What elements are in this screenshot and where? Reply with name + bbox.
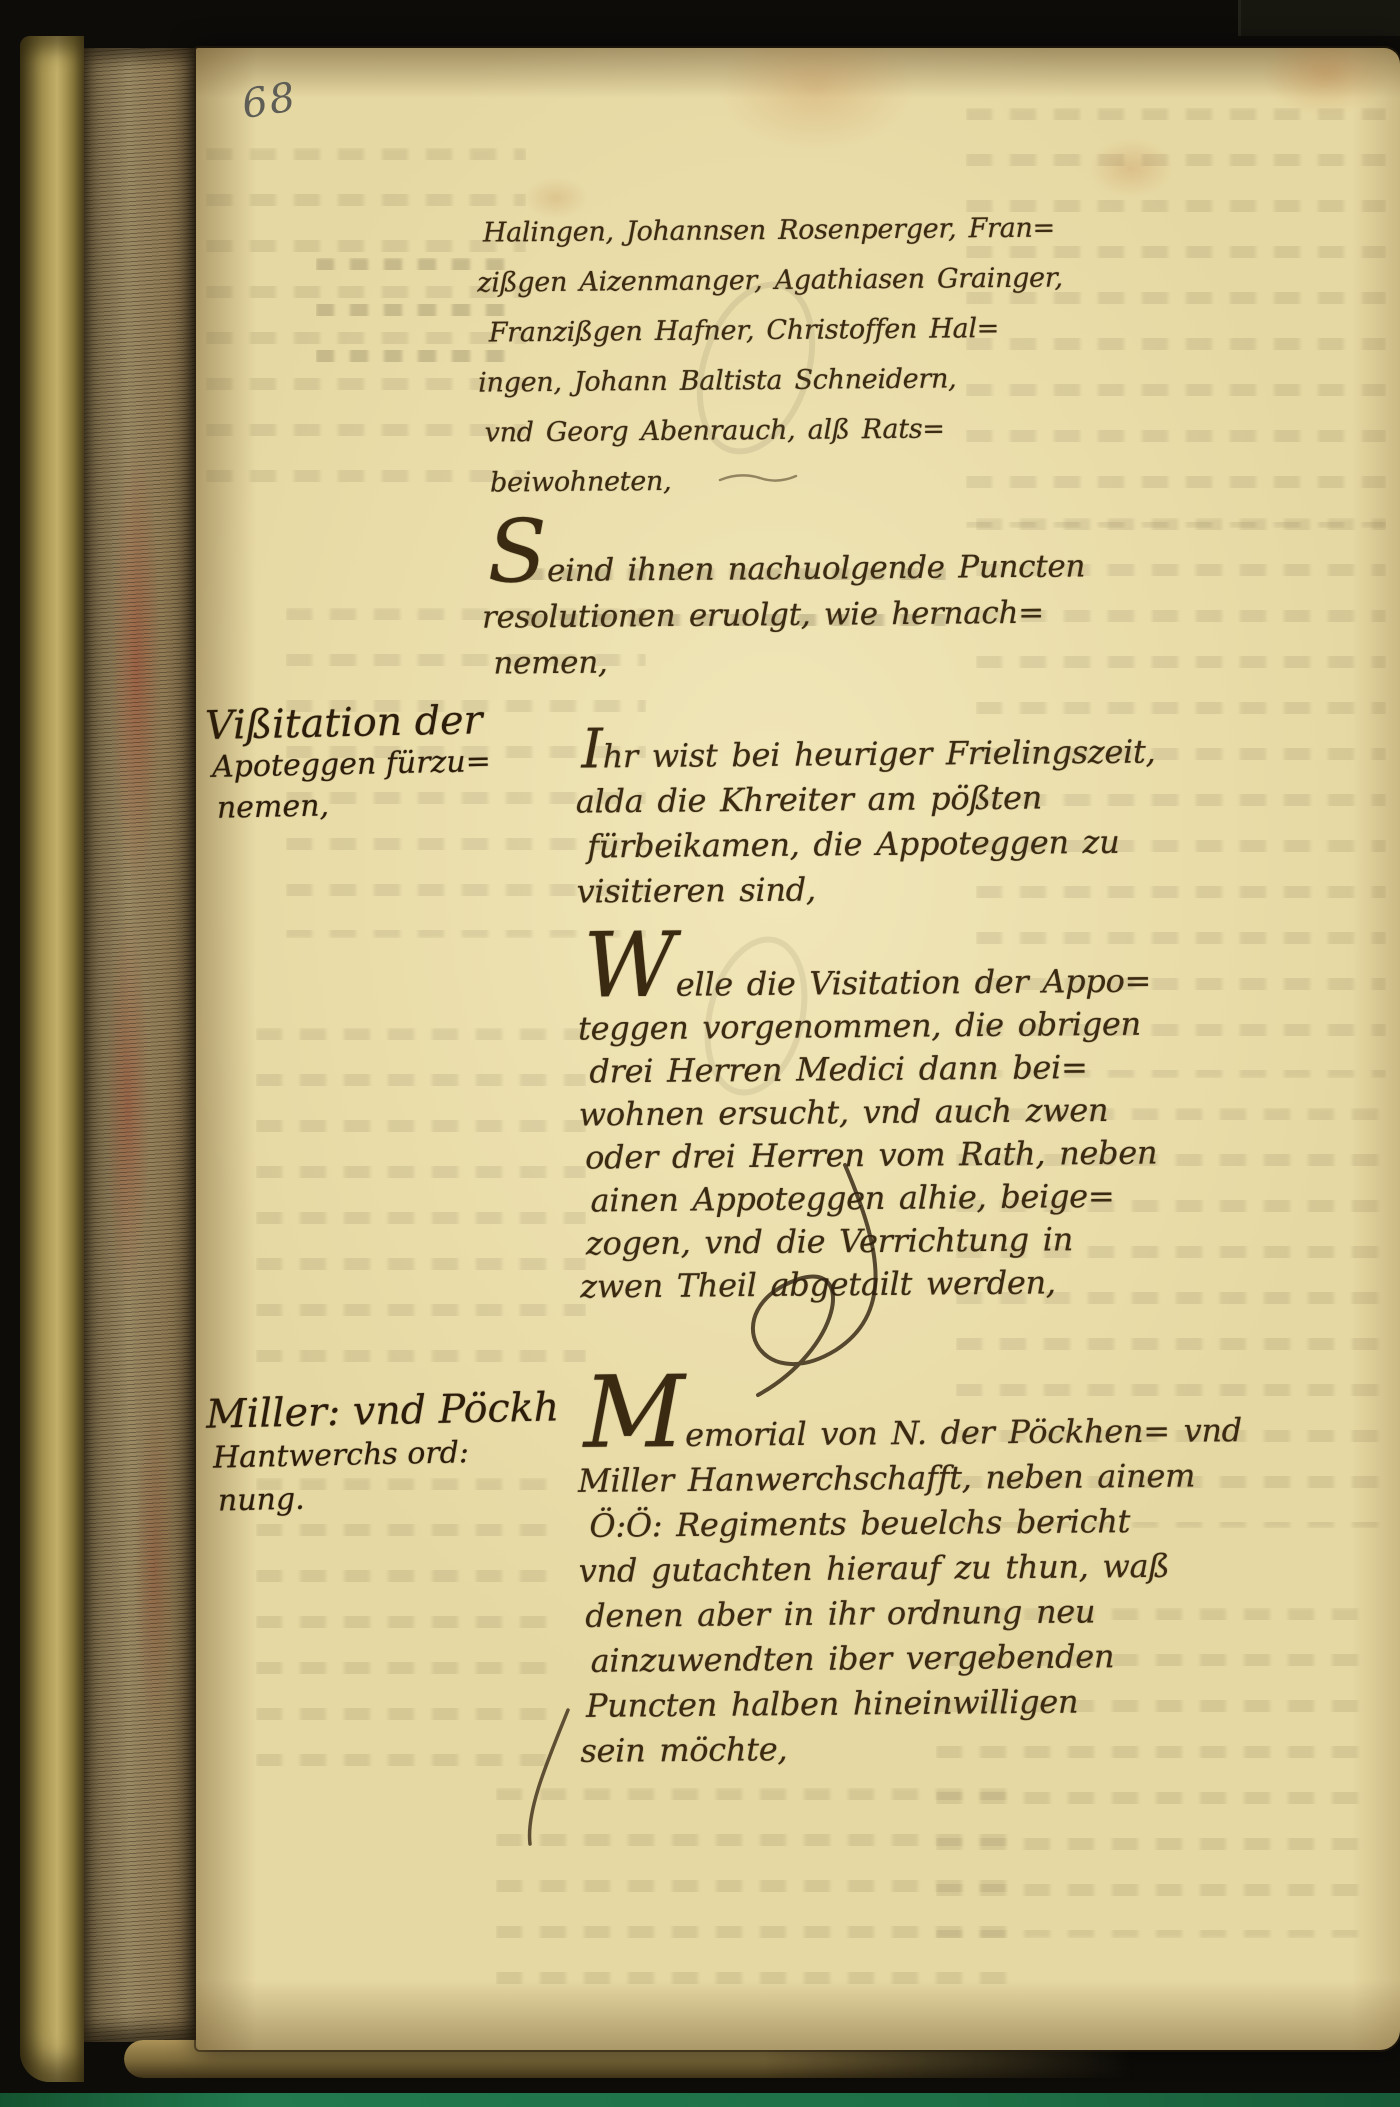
handwritten-line: ainzuwendten iber vergebenden bbox=[590, 1633, 1244, 1684]
handwritten-line: vnd Georg Abenrauch, alß Rats= bbox=[484, 403, 1064, 458]
margin-note-line: nung. bbox=[217, 1472, 561, 1522]
handwritten-line: wohnen ersucht, vnd auch zwen bbox=[579, 1089, 1157, 1137]
handwritten-line: fürbeikamen, die Appoteggen zu bbox=[587, 819, 1156, 869]
handwritten-line: zißgen Aizenmanger, Agathiasen Grainger, bbox=[477, 253, 1063, 308]
margin-note-line: Apoteggen fürzu= bbox=[212, 741, 492, 788]
handwritten-line: resolutionen eruolgt, wie hernach= bbox=[482, 589, 1086, 640]
folio-number: 68 bbox=[239, 74, 300, 128]
handwritten-line: zwen Theil abgetailt werden, bbox=[580, 1260, 1158, 1308]
margin-note-line: nemen, bbox=[216, 782, 492, 829]
handwritten-line: zogen, vnd die Verrichtung in bbox=[586, 1218, 1158, 1266]
handwritten-line: nemen, bbox=[493, 635, 1086, 686]
handwritten-line: Ihr wist bei heuriger Frielingszeit, bbox=[581, 729, 1155, 779]
manuscript-page: 68 Halingen, Johannsen Rosenperger, Fran… bbox=[196, 48, 1400, 2050]
verso-bleed-through bbox=[256, 1028, 586, 1388]
margin-note-miller-baker-ordinance: Miller: vnd Pöckh Hantwerchs ord: nung. bbox=[206, 1386, 562, 1522]
handwritten-line: Memorial von N. der Pöckhen= vnd bbox=[583, 1403, 1242, 1459]
handwritten-line: Welle die Visitation der Appo= bbox=[584, 958, 1156, 1008]
handwritten-line: Seind ihnen nachuolgende Puncten bbox=[487, 543, 1085, 594]
margin-note-line: Hantwerchs ord: bbox=[213, 1429, 561, 1479]
handwritten-line: ingen, Johann Baltista Schneidern, bbox=[478, 353, 1064, 408]
paragraph-apothecary-spring-visitation: Ihr wist bei heuriger Frielingszeit, ald… bbox=[581, 729, 1157, 914]
handwritten-line: Halingen, Johannsen Rosenperger, Fran= bbox=[483, 203, 1063, 258]
handwritten-line: vnd gutachten hierauf zu thun, waß bbox=[579, 1543, 1244, 1594]
margin-note-line: Vißitation der bbox=[205, 700, 491, 747]
handwritten-line: oder drei Herren vom Rath, neben bbox=[585, 1132, 1157, 1180]
verso-bleed-through bbox=[256, 1478, 556, 1778]
paragraph-council-members: Halingen, Johannsen Rosenperger, Fran= z… bbox=[483, 203, 1065, 508]
table-edge-strip bbox=[0, 2093, 1400, 2107]
handwritten-line: ainen Appoteggen alhie, beige= bbox=[590, 1175, 1157, 1223]
handwritten-line: Franzißgen Hafner, Christoffen Hal= bbox=[489, 303, 1064, 358]
verso-bleed-through bbox=[206, 148, 526, 488]
handwritten-line: teggen vorgenommen, die obrigen bbox=[578, 1003, 1156, 1051]
paragraph-visitation-procedure: Welle die Visitation der Appo= teggen vo… bbox=[584, 958, 1159, 1309]
book-page-edges bbox=[84, 48, 196, 2042]
handwritten-line: beiwohneten, bbox=[490, 453, 1065, 508]
verso-bleed-through bbox=[496, 1788, 1016, 2008]
book-cover-edge bbox=[20, 36, 84, 2082]
handwritten-line: denen aber in ihr ordnung neu bbox=[585, 1588, 1244, 1639]
paragraph-resolutions-intro: Seind ihnen nachuolgende Puncten resolut… bbox=[487, 543, 1086, 686]
scanner-backdrop-corner bbox=[1238, 0, 1400, 36]
handwritten-line: visitieren sind, bbox=[576, 864, 1156, 914]
handwritten-line: Ö:Ö: Regiments beuelchs bericht bbox=[589, 1498, 1243, 1549]
scanned-manuscript-photo: 68 Halingen, Johannsen Rosenperger, Fran… bbox=[0, 0, 1400, 2107]
handwritten-line: drei Herren Medici dann bei= bbox=[589, 1046, 1156, 1094]
paragraph-miller-baker-memorial: Memorial von N. der Pöckhen= vnd Miller … bbox=[583, 1403, 1244, 1774]
handwritten-line: Puncten halben hineinwilligen bbox=[586, 1678, 1245, 1729]
margin-note-apothecary-visitation: Vißitation der Apoteggen fürzu= nemen, bbox=[205, 700, 492, 829]
margin-note-line: Miller: vnd Pöckh bbox=[206, 1386, 560, 1436]
handwritten-line: alda die Khreiter am pößten bbox=[576, 774, 1156, 824]
handwritten-line: Miller Hanwerchschafft, neben ainem bbox=[578, 1453, 1243, 1504]
handwritten-line: sein möchte, bbox=[580, 1723, 1245, 1774]
